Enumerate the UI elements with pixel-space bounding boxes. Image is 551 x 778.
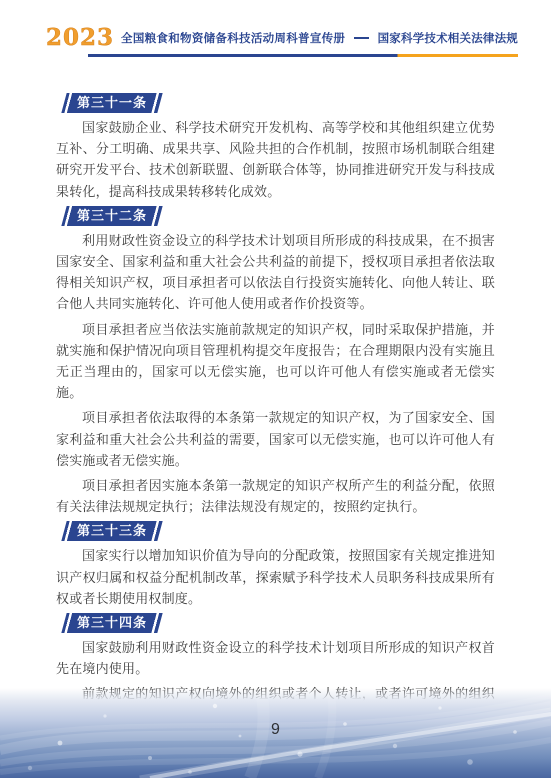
article-34-badge: 第三十四条 (64, 613, 160, 633)
article-32-paragraph: 利用财政性资金设立的科学技术计划项目所形成的科技成果，在不损害国家安全、国家利益… (56, 230, 495, 315)
header-underline (88, 54, 518, 57)
page-header: 2023 全国粮食和物资储备科技活动周科普宣传册 国家科学技术相关法律法规 (46, 26, 518, 57)
article-33-paragraph: 国家实行以增加知识价值为导向的分配政策，按照国家有关规定推进知识产权归属和权益分… (56, 545, 495, 609)
article-32-paragraph: 项目承担者依法取得的本条第一款规定的知识产权，为了国家安全、国家利益和重大社会公… (56, 407, 495, 471)
article-content: 第三十一条 国家鼓励企业、科学技术研究开发机构、高等学校和其他组织建立优势互补、… (56, 90, 495, 748)
article-32-paragraph: 项目承担者因实施本条第一款规定的知识产权所产生的利益分配，依照有关法律法规规定执… (56, 475, 495, 517)
article-32-paragraph: 项目承担者应当依法实施前款规定的知识产权，同时采取保护措施，并就实施和保护情况向… (56, 319, 495, 404)
footer-wave-artwork: 9 (0, 688, 551, 778)
article-34-paragraph: 国家鼓励利用财政性资金设立的科学技术计划项目所形成的知识产权首先在境内使用。 (56, 637, 495, 679)
article-badge-label: 第三十三条 (77, 523, 147, 538)
header-year: 2023 (46, 26, 114, 49)
page-number: 9 (0, 721, 551, 739)
article-31-paragraph: 国家鼓励企业、科学技术研究开发机构、高等学校和其他组织建立优势互补、分工明确、成… (56, 117, 495, 202)
section-title: 国家科学技术相关法律法规 (378, 30, 518, 46)
article-31-badge: 第三十一条 (64, 93, 160, 113)
article-badge-label: 第三十一条 (77, 95, 147, 110)
article-badge-label: 第三十四条 (77, 615, 147, 630)
header-row: 2023 全国粮食和物资储备科技活动周科普宣传册 国家科学技术相关法律法规 (46, 26, 518, 49)
article-badge-label: 第三十二条 (77, 208, 147, 223)
booklet-title: 全国粮食和物资储备科技活动周科普宣传册 (121, 30, 345, 46)
header-dash-line (354, 37, 368, 39)
document-page: 2023 全国粮食和物资储备科技活动周科普宣传册 国家科学技术相关法律法规 第三… (0, 0, 551, 778)
article-33-badge: 第三十三条 (64, 521, 160, 541)
article-32-badge: 第三十二条 (64, 206, 160, 226)
